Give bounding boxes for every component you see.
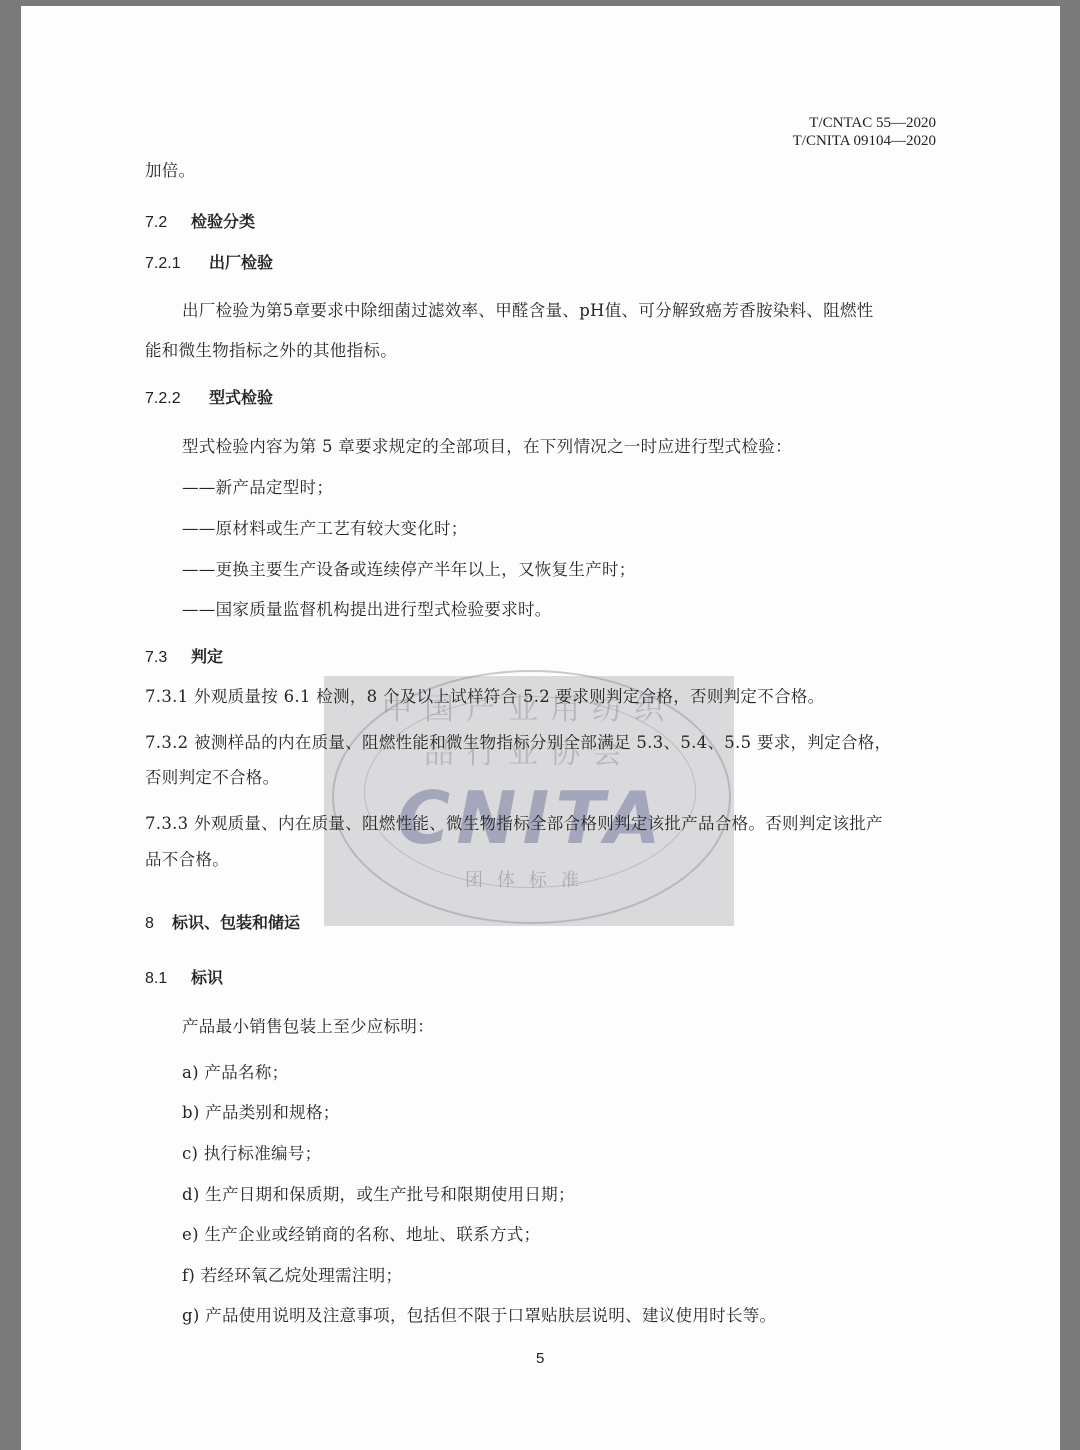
clause-7-3-2-line: 否则判定不合格。 <box>145 764 279 788</box>
section-number: 7.3 <box>145 649 191 667</box>
list-item: ——新产品定型时； <box>182 474 333 498</box>
section-title: 标识、包装和储运 <box>172 913 300 932</box>
standard-number-2: T/CNITA 09104—2020 <box>793 132 936 150</box>
list-item: a) 产品名称； <box>182 1059 288 1083</box>
standard-header: T/CNTAC 55—2020 T/CNITA 09104—2020 <box>793 114 936 150</box>
stamp-sub-text: 团体标准 <box>324 866 734 892</box>
section-7-2-2-heading: 7.2.2型式检验 <box>145 385 273 408</box>
section-8-heading: 8标识、包装和储运 <box>145 910 300 933</box>
list-item: b) 产品类别和规格； <box>182 1099 340 1123</box>
list-item: c) 执行标准编号； <box>182 1140 321 1164</box>
section-title: 型式检验 <box>209 388 273 407</box>
section-number: 7.2.1 <box>145 255 209 273</box>
clause-7-3-1: 7.3.1 外观质量按 6.1 检测，8 个及以上试样符合 5.2 要求则判定合… <box>145 683 824 707</box>
list-item: f) 若经环氧乙烷处理需注明； <box>182 1262 402 1286</box>
section-number: 8 <box>145 915 172 933</box>
section-7-3-heading: 7.3判定 <box>145 644 223 667</box>
list-item: ——原材料或生产工艺有较大变化时； <box>182 515 468 539</box>
clause-7-3-2-line: 7.3.2 被测样品的内在质量、阻燃性能和微生物指标分别全部满足 5.3、5.4… <box>145 729 891 753</box>
page-number: 5 <box>536 1350 544 1367</box>
clause-7-3-3-line: 7.3.3 外观质量、内在质量、阻燃性能、微生物指标全部合格则判定该批产品合格。… <box>145 810 883 834</box>
list-item: d) 生产日期和保质期，或生产批号和限期使用日期； <box>182 1181 575 1205</box>
list-item: g) 产品使用说明及注意事项，包括但不限于口罩贴肤层说明、建议使用时长等。 <box>182 1302 776 1326</box>
section-7-2-1-heading: 7.2.1出厂检验 <box>145 250 273 273</box>
section-number: 7.2 <box>145 214 191 232</box>
section-title: 检验分类 <box>191 212 255 231</box>
section-number: 7.2.2 <box>145 390 209 408</box>
list-item: ——国家质量监督机构提出进行型式检验要求时。 <box>182 596 552 620</box>
section-8-1-heading: 8.1标识 <box>145 965 223 988</box>
section-7-2-heading: 7.2检验分类 <box>145 209 255 232</box>
paragraph-line: 能和微生物指标之外的其他指标。 <box>145 337 397 361</box>
paragraph-line: 型式检验内容为第 5 章要求规定的全部项目，在下列情况之一时应进行型式检验： <box>182 433 792 457</box>
section-title: 判定 <box>191 647 223 666</box>
list-item: ——更换主要生产设备或连续停产半年以上，又恢复生产时； <box>182 556 636 580</box>
paragraph-line: 出厂检验为第5章要求中除细菌过滤效率、甲醛含量、pH值、可分解致癌芳香胺染料、阻… <box>182 297 874 321</box>
association-stamp-watermark: 中国产业用纺织品行业协会 CNITA 团体标准 <box>324 676 734 926</box>
section-title: 出厂检验 <box>209 253 273 272</box>
continuation-text: 加倍。 <box>145 157 195 181</box>
section-title: 标识 <box>191 968 223 987</box>
list-item: e) 生产企业或经销商的名称、地址、联系方式； <box>182 1221 540 1245</box>
section-number: 8.1 <box>145 970 191 988</box>
clause-7-3-3-line: 品不合格。 <box>145 846 229 870</box>
standard-number-1: T/CNTAC 55—2020 <box>793 114 936 132</box>
paragraph-line: 产品最小销售包装上至少应标明： <box>182 1013 434 1037</box>
